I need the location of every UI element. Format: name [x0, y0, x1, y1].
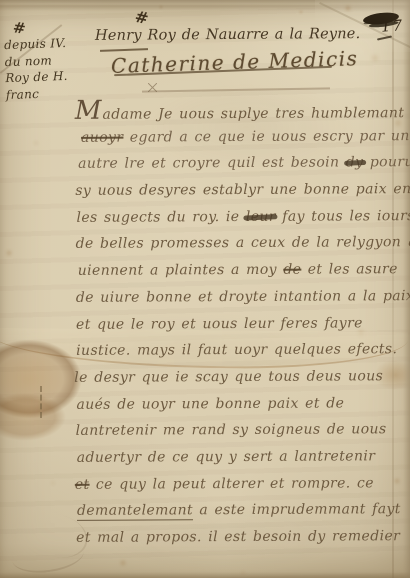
edge-vignette	[0, 0, 410, 578]
manuscript-photo: # # Henry Roy de Nauarre a la Reyne. Cat…	[0, 0, 410, 578]
